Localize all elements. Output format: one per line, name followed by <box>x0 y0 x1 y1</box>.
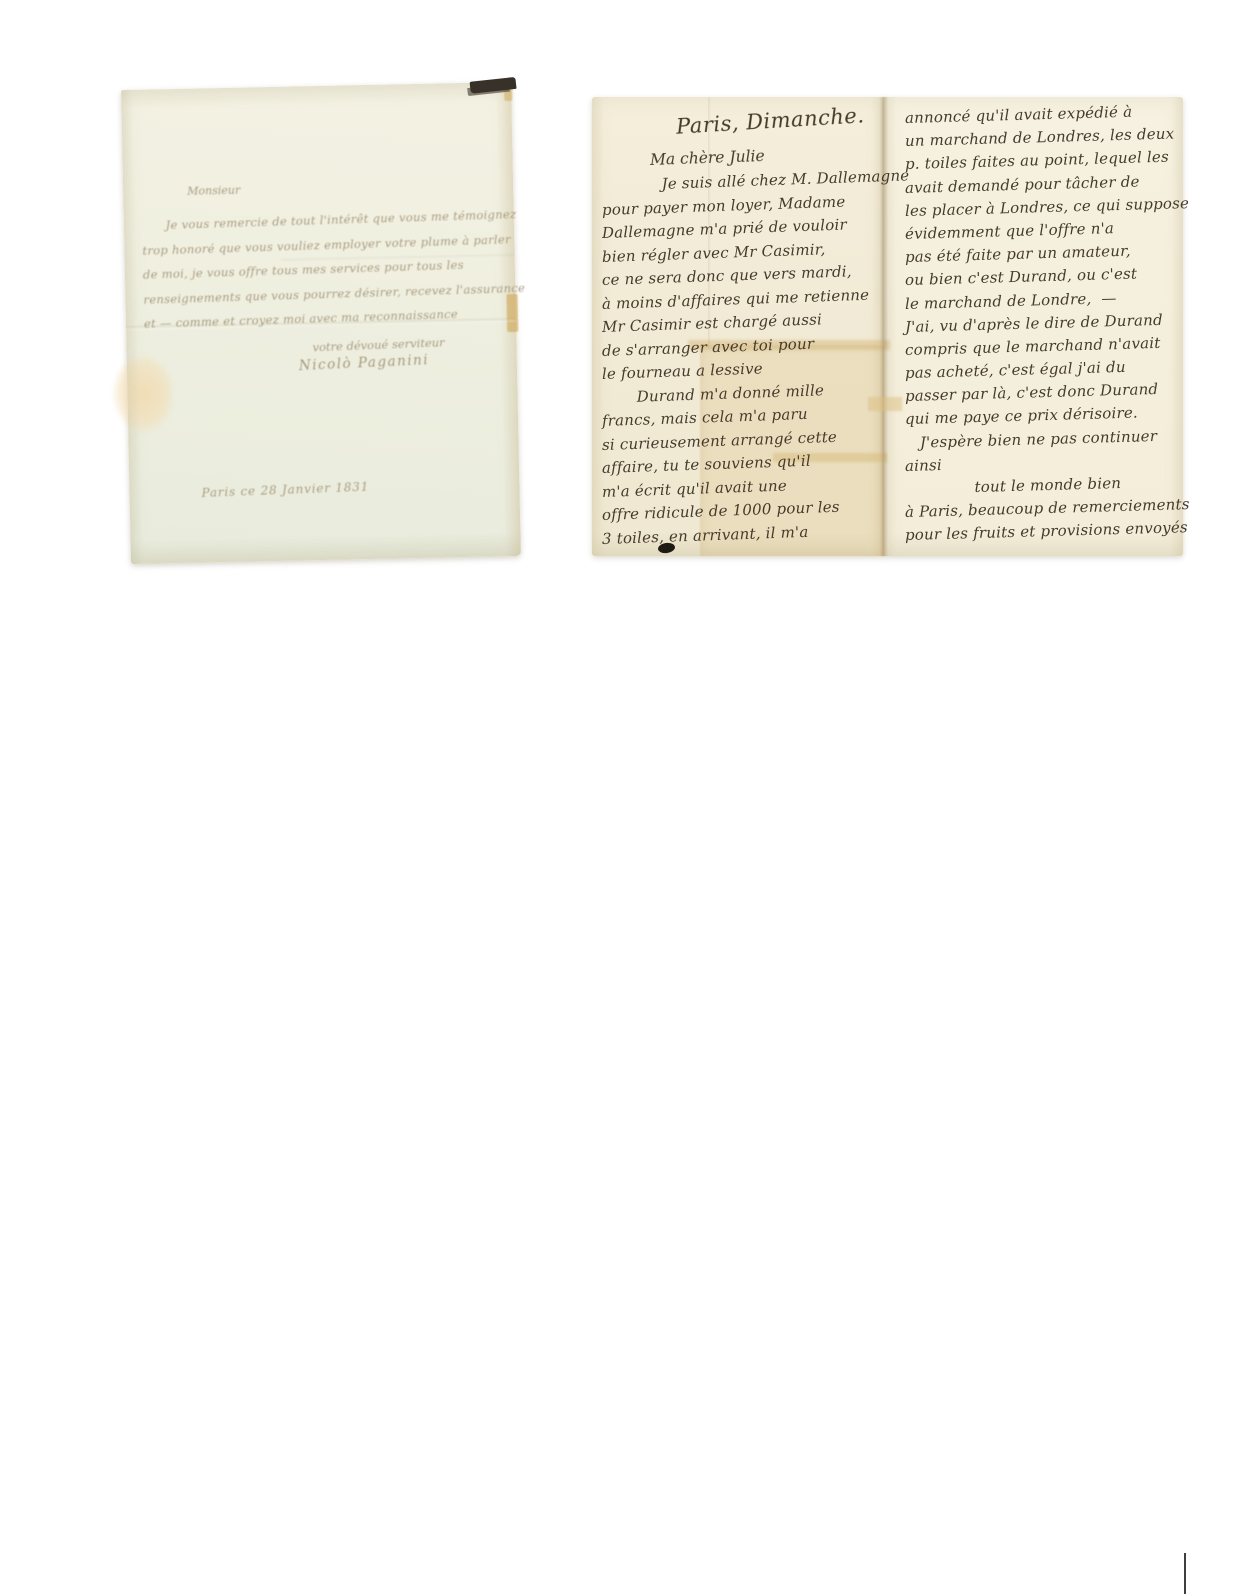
body-lines: Je suis allé chez M. Dallemagnepour paye… <box>602 175 910 551</box>
body-lines: annoncé qu'il avait expédié àun marchand… <box>905 107 1190 548</box>
body-lines: Je vous remercie de tout l'intérêt que v… <box>142 206 526 336</box>
signature-line: Nicolò Paganini <box>299 352 430 374</box>
salutation-line: Monsieur <box>187 184 240 198</box>
letter-photo-right: Paris, Dimanche. Ma chère Julie Je suis … <box>592 97 1183 556</box>
letter-photo-left: Monsieur Je vous remercie de tout l'inté… <box>121 82 521 564</box>
page-fold-mark <box>1184 1553 1186 1594</box>
catalog-page: Monsieur Je vous remercie de tout l'inté… <box>0 0 1253 1594</box>
paper-stain <box>113 355 175 432</box>
dateline: Paris ce 28 Janvier 1831 <box>201 480 369 500</box>
